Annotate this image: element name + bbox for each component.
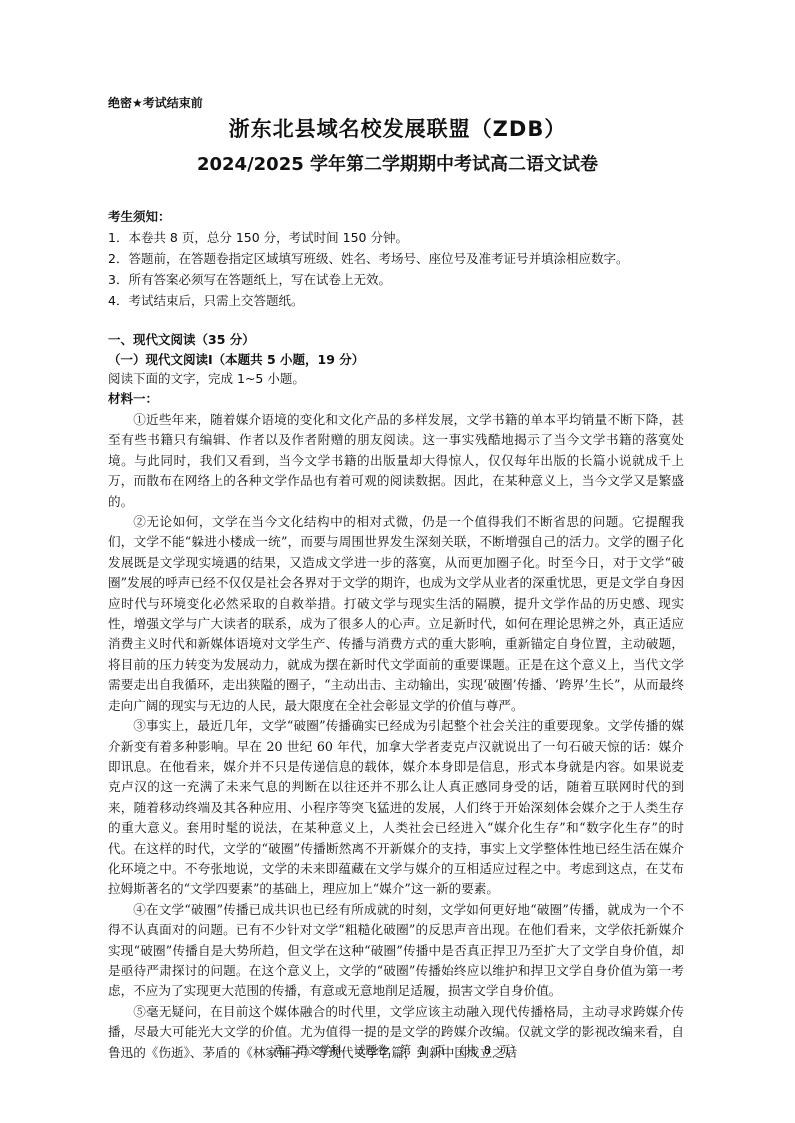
material-label: 材料一： — [108, 389, 698, 409]
material-one-body: ①近些年来，随着媒介语境的变化和文化产品的多样发展，文学书籍的单本平均销量不断下… — [108, 410, 684, 1063]
exam-title-organization: 浙东北县域名校发展联盟（ZDB） — [0, 113, 795, 143]
paragraph: ③事实上，最近几年，文学“破圈”传播确实已经成为引起整个社会关注的重要现象。文学… — [108, 716, 684, 900]
notice-item: 4．考试结束后，只需上交答题纸。 — [108, 290, 698, 311]
section-header: 一、现代文阅读（35 分） （一）现代文阅读Ⅰ（本题共 5 小题，19 分） 阅… — [108, 330, 698, 408]
notice-item: 1．本卷共 8 页，总分 150 分，考试时间 150 分钟。 — [108, 227, 698, 248]
candidate-notice: 考生须知： 1．本卷共 8 页，总分 150 分，考试时间 150 分钟。 2．… — [108, 206, 698, 311]
paragraph: ①近些年来，随着媒介语境的变化和文化产品的多样发展，文学书籍的单本平均销量不断下… — [108, 410, 684, 512]
page-footer: 高二语文学科 试题卷 第 1 页 （共 8 页） — [0, 1042, 795, 1058]
part-title: 一、现代文阅读（35 分） — [108, 330, 698, 350]
exam-title-paper: 2024/2025 学年第二学期期中考试高二语文试卷 — [0, 150, 795, 176]
notice-heading: 考生须知： — [108, 206, 698, 227]
confidential-label: 绝密★考试结束前 — [108, 94, 203, 111]
notice-item: 3．所有答案必须写在答题纸上，写在试卷上无效。 — [108, 269, 698, 290]
reading-instruction: 阅读下面的文字，完成 1~5 小题。 — [108, 369, 698, 389]
sub-section-title: （一）现代文阅读Ⅰ（本题共 5 小题，19 分） — [108, 350, 698, 370]
paragraph: ④在文学“破圈”传播已成共识也已经有所成就的时刻，文学如何更好地“破圈”传播，就… — [108, 900, 684, 1002]
notice-item: 2．答题前，在答题卷指定区域填写班级、姓名、考场号、座位号及准考证号并填涂相应数… — [108, 248, 698, 269]
paragraph: ②无论如何，文学在当今文化结构中的相对式微，仍是一个值得我们不断省思的问题。它提… — [108, 512, 684, 716]
